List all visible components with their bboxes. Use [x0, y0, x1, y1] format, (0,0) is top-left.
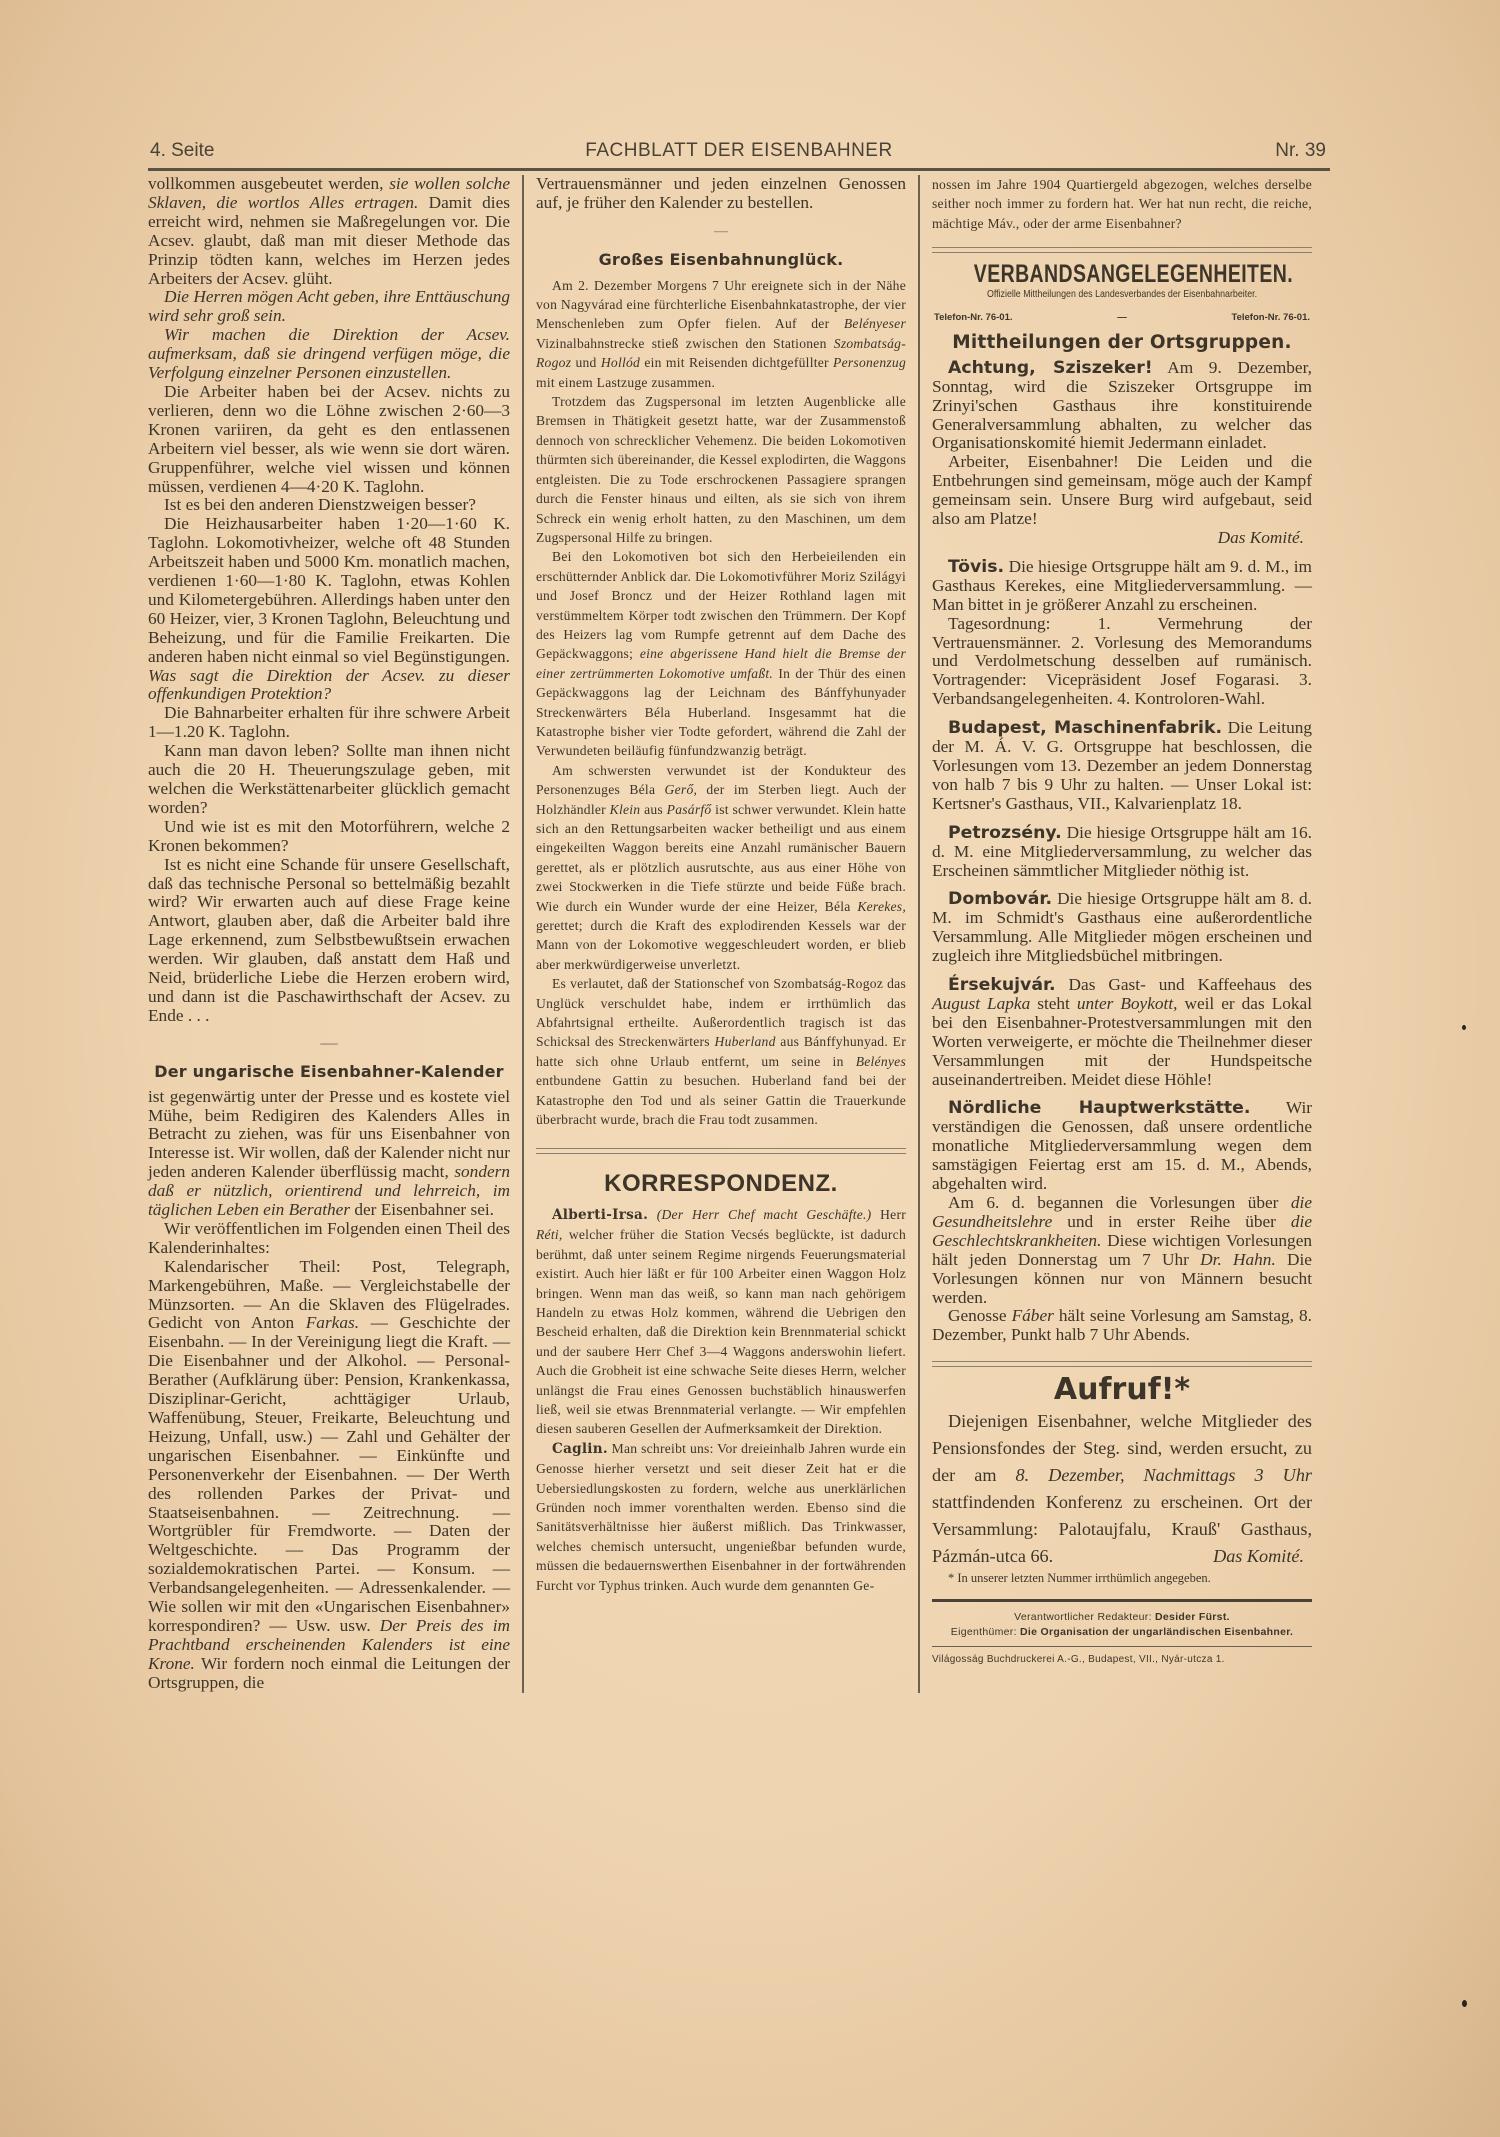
paragraph: Érsekujvár. Das Gast- und Kaffeehaus des… [932, 976, 1312, 1089]
paragraph: Die Heizhausarbeiter haben 1·20—1·60 K. … [148, 515, 510, 704]
paragraph: Die Arbeiter haben bei der Acsev. nichts… [148, 383, 510, 496]
paragraph: Genosse Fáber hält seine Vorlesung am Sa… [932, 1307, 1312, 1345]
section-divider [932, 1361, 1312, 1367]
paragraph: Wir machen die Direktion der Acsev. aufm… [148, 326, 510, 383]
column-1: vollkommen ausgebeutet werden, sie wolle… [148, 175, 522, 1693]
paragraph: Bei den Lokomotiven bot sich den Herbeie… [536, 547, 906, 760]
paragraph: Achtung, Sziszeker! Am 9. Dezember, Sonn… [932, 359, 1312, 454]
paragraph: Petrozsény. Die hiesige Ortsgruppe hält … [932, 824, 1312, 881]
section-heading-unglueck: Großes Eisenbahnunglück. [536, 250, 906, 269]
paragraph: Ist es nicht eine Schande für unsere Ges… [148, 856, 510, 1026]
paragraph: Budapest, Maschinenfabrik. Die Leitung d… [932, 719, 1312, 814]
section-divider [932, 247, 1312, 253]
issue-number: Nr. 39 [1275, 140, 1326, 162]
section-heading-kalender: Der ungarische Eisenbahner-Kalender [148, 1063, 510, 1082]
telephone-right: Telefon-Nr. 76-01. [1232, 309, 1311, 328]
columns: vollkommen ausgebeutet werden, sie wolle… [148, 175, 1330, 1693]
paragraph: Nördliche Hauptwerkstätte. Wir verständi… [932, 1099, 1312, 1194]
paragraph: Ist es bei den anderen Dienstzweigen bes… [148, 496, 510, 515]
paragraph: Die Bahnarbeiter erhalten für ihre schwe… [148, 704, 510, 742]
paper-speck [1462, 2000, 1467, 2007]
paragraph: Und wie ist es mit den Motorführern, wel… [148, 818, 510, 856]
imprint-rule-thin [932, 1646, 1312, 1647]
section-heading-aufruf: Aufruf!* [932, 1381, 1312, 1400]
newspaper-title: FACHBLATT DER EISENBAHNER [148, 140, 1330, 162]
paragraph: Am 2. Dezember Morgens 7 Uhr ereignete s… [536, 276, 906, 392]
section-heading-mittheilungen: Mittheilungen der Ortsgruppen. [932, 334, 1312, 353]
imprint: Verantwortlicher Redakteur: Desider Fürs… [932, 1610, 1312, 1640]
paragraph: Kann man davon leben? Sollte man ihnen n… [148, 742, 510, 818]
paragraph: Arbeiter, Eisenbahner! Die Leiden und di… [932, 453, 1312, 529]
paper-speck [1462, 1025, 1466, 1030]
paragraph: Caglin. Man schreibt uns: Vor dreieinhal… [536, 1439, 906, 1595]
footnote: * In unserer letzten Nummer irrthümlich … [932, 1570, 1312, 1587]
paragraph: Die Herren mögen Acht geben, ihre Enttäu… [148, 288, 510, 326]
header-rule [148, 168, 1330, 171]
telephone-left: Telefon-Nr. 76-01. [934, 309, 1013, 328]
section-divider [536, 1148, 906, 1154]
imprint-rule [932, 1599, 1312, 1602]
paragraph: ist gegenwärtig unter der Presse und es … [148, 1088, 510, 1220]
paragraph: Kalendarischer Theil: Post, Telegraph, M… [148, 1258, 510, 1693]
paragraph: Wir veröffentlichen im Folgenden einen T… [148, 1220, 510, 1258]
paragraph: Am schwersten verwundet ist der Kondukte… [536, 761, 906, 974]
signature: Das Komité. [932, 529, 1312, 548]
paragraph: Es verlautet, daß der Stationschef von S… [536, 974, 906, 1129]
paragraph: vollkommen ausgebeutet werden, sie wolle… [148, 175, 510, 288]
newspaper-page: 4. Seite FACHBLATT DER EISENBAHNER Nr. 3… [148, 140, 1330, 1693]
paragraph: Dombovár. Die hiesige Ortsgruppe hält am… [932, 890, 1312, 966]
paragraph: Tövis. Die hiesige Ortsgruppe hält am 9.… [932, 558, 1312, 615]
paragraph: Alberti-Irsa. (Der Herr Chef macht Gesch… [536, 1205, 906, 1439]
separator-dash: — [536, 221, 906, 240]
separator-dash: — [148, 1034, 510, 1053]
section-heading-korrespondenz: KORRESPONDENZ. [536, 1174, 906, 1193]
telephone-dash: — [1117, 309, 1127, 328]
column-2: Vertrauensmänner und jeden einzelnen Gen… [522, 175, 920, 1693]
paragraph: nossen im Jahre 1904 Quartiergeld abgezo… [932, 175, 1312, 233]
paragraph: Am 6. d. begannen die Vorlesungen über d… [932, 1194, 1312, 1307]
column-3: nossen im Jahre 1904 Quartiergeld abgezo… [920, 175, 1312, 1693]
section-heading-verbandsangelegenheiten: VERBANDSANGELEGENHEITEN. [974, 265, 1270, 284]
paragraph: Tagesordnung: 1. Vermehrung der Vertraue… [932, 615, 1312, 710]
paragraph: Trotzdem das Zugspersonal im letzten Aug… [536, 392, 906, 547]
paragraph: Vertrauensmänner und jeden einzelnen Gen… [536, 175, 906, 213]
section-subtitle: Offizielle Mittheilungen des Landesverba… [959, 286, 1286, 305]
running-header: 4. Seite FACHBLATT DER EISENBAHNER Nr. 3… [148, 140, 1330, 164]
printer-line: Világosság Buchdruckerei A.-G., Budapest… [932, 1651, 1312, 1670]
telephone-line: Telefon-Nr. 76-01. — Telefon-Nr. 76-01. [934, 309, 1310, 328]
